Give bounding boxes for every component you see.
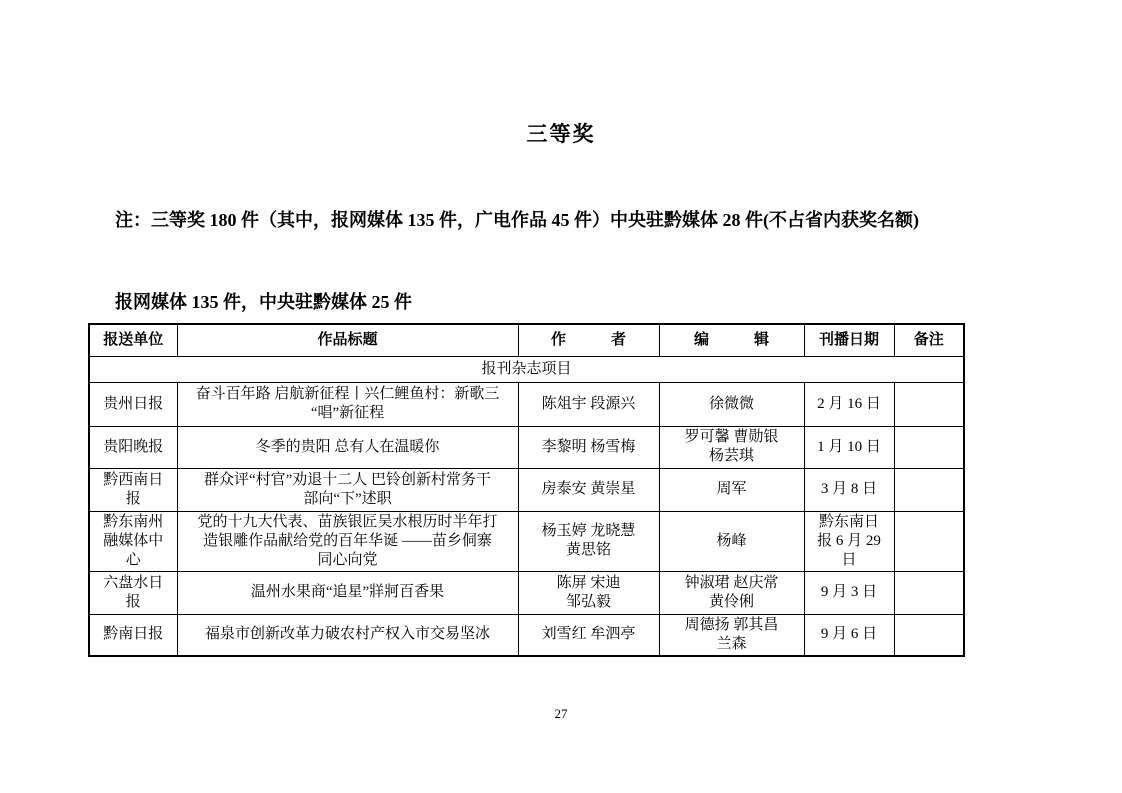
cell-line: 黄思铭: [522, 541, 656, 560]
date-cell: 3 月 8 日: [804, 468, 894, 511]
cell-line: 同心向党: [181, 551, 515, 570]
authors-cell: 杨玉婷 龙晓慧黄思铭: [518, 511, 659, 571]
cell-line: 兰森: [663, 635, 801, 654]
date-cell: 2 月 16 日: [804, 382, 894, 426]
title-cell: 群众评“村官”劝退十二人 巴铃创新村常务干部向“下”述职: [177, 468, 518, 511]
cell-line: 邹弘毅: [522, 593, 656, 612]
cell-line: 钟淑珺 赵庆常: [663, 574, 801, 593]
title-cell: 党的十九大代表、苗族银匠吴水根历时半年打造银雕作品献给党的百年华诞 ——苗乡侗寨…: [177, 511, 518, 571]
cell-line: 心: [93, 551, 174, 570]
cell-line: 房泰安 黄崇星: [522, 480, 656, 499]
cell-line: 奋斗百年路 启航新征程丨兴仁鲤鱼村：新歌三: [181, 385, 515, 404]
title-cell: 温州水果商“追星”牂牁百香果: [177, 571, 518, 614]
column-header-1: 作品标题: [177, 324, 518, 356]
unit-cell: 黔东南州融媒体中心: [89, 511, 177, 571]
cell-line: 贵阳晚报: [93, 438, 174, 457]
cell-line: 造银雕作品献给党的百年华诞 ——苗乡侗寨: [181, 532, 515, 551]
cell-line: 福泉市创新改革力破农村产权入市交易坚冰: [181, 625, 515, 644]
date-cell: 黔东南日报 6 月 29日: [804, 511, 894, 571]
cell-line: 李黎明 杨雪梅: [522, 438, 656, 457]
cell-line: 9 月 3 日: [808, 583, 891, 602]
note-cell: [894, 571, 964, 614]
cell-line: 杨玉婷 龙晓慧: [522, 522, 656, 541]
cell-line: 3 月 8 日: [808, 480, 891, 499]
title-cell: 冬季的贵阳 总有人在温暖你: [177, 426, 518, 468]
cell-line: “唱”新征程: [181, 404, 515, 423]
authors-cell: 刘雪红 牟泗亭: [518, 614, 659, 656]
awards-table: 报送单位作品标题作 者编 辑刊播日期备注 报刊杂志项目贵州日报奋斗百年路 启航新…: [88, 323, 965, 657]
table-row: 六盘水日报温州水果商“追星”牂牁百香果陈屏 宋迪邹弘毅钟淑珺 赵庆常黄伶俐9 月…: [89, 571, 964, 614]
unit-cell: 黔西南日报: [89, 468, 177, 511]
editors-cell: 徐微微: [659, 382, 804, 426]
note-line: 注：三等奖 180 件（其中，报网媒体 135 件，广电作品 45 件）中央驻黔…: [115, 207, 1045, 233]
table-header-row: 报送单位作品标题作 者编 辑刊播日期备注: [89, 324, 964, 356]
cell-line: 陈俎宇 段源兴: [522, 395, 656, 414]
cell-line: 黔西南日: [93, 471, 174, 490]
cell-line: 群众评“村官”劝退十二人 巴铃创新村常务干: [181, 471, 515, 490]
unit-cell: 贵州日报: [89, 382, 177, 426]
section-subtitle: 报网媒体 135 件，中央驻黔媒体 25 件: [115, 288, 412, 314]
title-cell: 奋斗百年路 启航新征程丨兴仁鲤鱼村：新歌三“唱”新征程: [177, 382, 518, 426]
cell-line: 2 月 16 日: [808, 395, 891, 414]
cell-line: 刘雪红 牟泗亭: [522, 625, 656, 644]
cell-line: 黔东南州: [93, 513, 174, 532]
cell-line: 部向“下”述职: [181, 490, 515, 509]
table-row: 贵州日报奋斗百年路 启航新征程丨兴仁鲤鱼村：新歌三“唱”新征程陈俎宇 段源兴徐微…: [89, 382, 964, 426]
column-header-2: 作 者: [518, 324, 659, 356]
column-header-5: 备注: [894, 324, 964, 356]
cell-line: 黔南日报: [93, 625, 174, 644]
cell-line: 周军: [663, 480, 801, 499]
note-cell: [894, 468, 964, 511]
column-header-4: 刊播日期: [804, 324, 894, 356]
cell-line: 1 月 10 日: [808, 438, 891, 457]
table-row: 黔东南州融媒体中心党的十九大代表、苗族银匠吴水根历时半年打造银雕作品献给党的百年…: [89, 511, 964, 571]
editors-cell: 杨峰: [659, 511, 804, 571]
editors-cell: 钟淑珺 赵庆常黄伶俐: [659, 571, 804, 614]
authors-cell: 陈屏 宋迪邹弘毅: [518, 571, 659, 614]
editors-cell: 周德扬 郭其昌兰森: [659, 614, 804, 656]
unit-cell: 六盘水日报: [89, 571, 177, 614]
cell-line: 9 月 6 日: [808, 625, 891, 644]
section-row-label: 报刊杂志项目: [89, 356, 964, 382]
cell-line: 报: [93, 593, 174, 612]
cell-line: 融媒体中: [93, 532, 174, 551]
unit-cell: 黔南日报: [89, 614, 177, 656]
cell-line: 陈屏 宋迪: [522, 574, 656, 593]
authors-cell: 李黎明 杨雪梅: [518, 426, 659, 468]
note-cell: [894, 426, 964, 468]
editors-cell: 罗可馨 曹勋银杨芸琪: [659, 426, 804, 468]
cell-line: 徐微微: [663, 395, 801, 414]
cell-line: 黔东南日: [808, 513, 891, 532]
unit-cell: 贵阳晚报: [89, 426, 177, 468]
page-number: 27: [0, 706, 1122, 722]
cell-line: 六盘水日: [93, 574, 174, 593]
cell-line: 杨芸琪: [663, 447, 801, 466]
table-row: 黔南日报福泉市创新改革力破农村产权入市交易坚冰刘雪红 牟泗亭周德扬 郭其昌兰森9…: [89, 614, 964, 656]
column-header-3: 编 辑: [659, 324, 804, 356]
note-cell: [894, 614, 964, 656]
note-cell: [894, 511, 964, 571]
cell-line: 党的十九大代表、苗族银匠吴水根历时半年打: [181, 513, 515, 532]
cell-line: 温州水果商“追星”牂牁百香果: [181, 583, 515, 602]
authors-cell: 陈俎宇 段源兴: [518, 382, 659, 426]
note-cell: [894, 382, 964, 426]
cell-line: 杨峰: [663, 532, 801, 551]
cell-line: 日: [808, 551, 891, 570]
section-row: 报刊杂志项目: [89, 356, 964, 382]
cell-line: 贵州日报: [93, 395, 174, 414]
table-row: 黔西南日报群众评“村官”劝退十二人 巴铃创新村常务干部向“下”述职房泰安 黄崇星…: [89, 468, 964, 511]
column-header-0: 报送单位: [89, 324, 177, 356]
cell-line: 罗可馨 曹勋银: [663, 428, 801, 447]
title-cell: 福泉市创新改革力破农村产权入市交易坚冰: [177, 614, 518, 656]
cell-line: 报 6 月 29: [808, 532, 891, 551]
cell-line: 周德扬 郭其昌: [663, 616, 801, 635]
cell-line: 黄伶俐: [663, 593, 801, 612]
table-row: 贵阳晚报冬季的贵阳 总有人在温暖你李黎明 杨雪梅罗可馨 曹勋银杨芸琪1 月 10…: [89, 426, 964, 468]
cell-line: 报: [93, 490, 174, 509]
cell-line: 冬季的贵阳 总有人在温暖你: [181, 438, 515, 457]
date-cell: 9 月 3 日: [804, 571, 894, 614]
page-title: 三等奖: [0, 118, 1122, 148]
editors-cell: 周军: [659, 468, 804, 511]
date-cell: 9 月 6 日: [804, 614, 894, 656]
date-cell: 1 月 10 日: [804, 426, 894, 468]
authors-cell: 房泰安 黄崇星: [518, 468, 659, 511]
